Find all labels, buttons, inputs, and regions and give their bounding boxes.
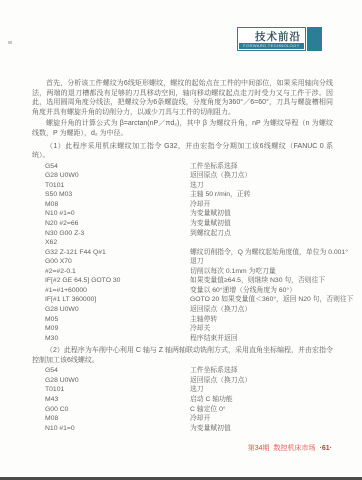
- page-footer: 第34期数控机床市场·61·: [248, 444, 332, 453]
- comment-text: 程序结束并返回: [190, 334, 333, 344]
- code-text: T0101: [45, 181, 190, 191]
- code-text: S50 M03: [45, 190, 190, 200]
- section-tag-box: 技术前沿 FORWARD TECHNOLOGY: [237, 27, 306, 51]
- footer-page-number: ·61·: [320, 445, 332, 452]
- code-row: S50 M03 主轴 50 r/min，正转: [45, 190, 333, 200]
- paragraph-analysis: 首先，分析该工件螺纹为6线矩形螺纹，螺纹的起始点在工件的中间部位，如果采用轴向分…: [32, 79, 333, 117]
- code-text: G00 C0: [45, 405, 190, 415]
- comment-text: 退刀: [190, 257, 333, 267]
- code-text: #2=#2-0.1: [45, 267, 190, 277]
- code-row: M43 启动 C 轴功能: [45, 395, 333, 405]
- code-text: G00 X70: [45, 257, 190, 267]
- section-subtitle: FORWARD TECHNOLOGY: [243, 44, 300, 48]
- listing-1: G54 工件坐标系选择 G28 U0W0 返回原点（换刀点） T0101 选刀 …: [45, 162, 333, 343]
- code-row: T0101 选刀: [45, 181, 333, 191]
- code-row: #1=#1+60000 变量以 60°递增（分线角度为 60°）: [45, 286, 333, 296]
- footer-journal: 数控机床市场: [274, 445, 316, 452]
- comment-text: 切削以每次 0.1mm 为吃刀量: [190, 267, 333, 277]
- code-text: M05: [45, 315, 190, 325]
- scan-speck: [8, 41, 12, 44]
- comment-text: 冷却关: [190, 324, 333, 334]
- code-text: M30: [45, 334, 190, 344]
- code-row: N10 #1=0 为变量赋初值: [45, 209, 333, 219]
- code-row: N30 G00 Z-3 到螺纹起刀点: [45, 229, 333, 239]
- section-subtitle-strip: FORWARD TECHNOLOGY: [239, 43, 304, 49]
- comment-text: 启动 C 轴功能: [190, 395, 333, 405]
- code-text: G54: [45, 162, 190, 172]
- magazine-page: 技术前沿 FORWARD TECHNOLOGY 首先，分析该工件螺纹为6线矩形螺…: [0, 0, 362, 480]
- comment-text: 主轴 50 r/min，正转: [190, 190, 333, 200]
- comment-text: 螺纹切削指令，Q 为螺纹起始角度值，单位为 0.001°: [190, 248, 348, 258]
- comment-text: 冷却开: [190, 414, 333, 424]
- code-row: #2=#2-0.1 切削以每次 0.1mm 为吃刀量: [45, 267, 333, 277]
- code-text: N30 G00 Z-3: [45, 229, 190, 239]
- code-row: G32 Z-121 F44 Q#1 螺纹切削指令，Q 为螺纹起始角度值，单位为 …: [45, 248, 333, 258]
- section-header-tag: 技术前沿 FORWARD TECHNOLOGY: [237, 27, 322, 51]
- code-row: G54 工件坐标系选择: [45, 366, 333, 376]
- code-row: G28 U0W0 返回原点（换刀点）: [45, 305, 333, 315]
- code-text: IF[#2 GE 64.5] GOTO 30: [45, 276, 190, 286]
- code-row: N20 #2=66 为变量赋初值: [45, 219, 333, 229]
- code-row: G00 C0 C 轴定位 0°: [45, 405, 333, 415]
- section-2-intro: （2）此程序为车削中心利用 C 轴与 Z 轴两轴联动铣削方式，采用直角坐标编程，…: [32, 346, 333, 365]
- comment-text: 工件坐标系选择: [190, 162, 333, 172]
- comment-text: 为变量赋初值: [190, 209, 333, 219]
- comment-text: 冷却开: [190, 200, 333, 210]
- code-text: IF[#1 LT 360000]: [45, 295, 190, 305]
- code-text: G54: [45, 366, 190, 376]
- comment-text: C 轴定位 0°: [190, 405, 333, 415]
- code-text: G28 U0W0: [45, 305, 190, 315]
- code-row: X62: [45, 238, 333, 248]
- paragraph-formula: 螺旋升角的计算公式为 β=arctan(nP／πd₂)，其中 β 为螺纹升角，n…: [32, 119, 333, 138]
- code-row: G28 U0W0 返回原点（换刀点）: [45, 171, 333, 181]
- comment-text: 变量以 60°递增（分线角度为 60°）: [190, 286, 333, 296]
- code-text: T0101: [45, 385, 190, 395]
- code-text: #1=#1+60000: [45, 286, 190, 296]
- code-text: M43: [45, 395, 190, 405]
- code-row: M08 冷却开: [45, 414, 333, 424]
- comment-text: 返回原点（换刀点）: [190, 171, 333, 181]
- comment-text: 到螺纹起刀点: [190, 229, 333, 239]
- code-row: G54 工件坐标系选择: [45, 162, 333, 172]
- code-row: M05 主轴停转: [45, 315, 333, 325]
- code-text: M08: [45, 414, 190, 424]
- code-row: M30 程序结束并返回: [45, 334, 333, 344]
- code-row: M09 冷却关: [45, 324, 333, 334]
- code-text: M08: [45, 200, 190, 210]
- comment-text: 返回原点（换刀点）: [190, 305, 333, 315]
- comment-text: 返回原点（换刀点）: [190, 376, 333, 386]
- code-row: IF[#1 LT 360000] GOTO 20 如果变量值＜360°，返回 N…: [45, 295, 333, 305]
- section-1-intro: （1）此程序采用机床螺纹加工指令 G32，并由宏指令分期加工该6线螺纹（FANU…: [32, 142, 333, 161]
- code-text: M09: [45, 324, 190, 334]
- comment-text: 工件坐标系选择: [190, 366, 333, 376]
- comment-text: [190, 238, 333, 248]
- comment-text: GOTO 20 如果变量值＜360°，返回 N20 句，否则往下: [190, 295, 353, 305]
- code-text: N10 #1=0: [45, 209, 190, 219]
- code-text: X62: [45, 238, 190, 248]
- code-text: G28 U0W0: [45, 171, 190, 181]
- comment-text: 如果变量值≥64.5，则继续 N30 句，否则往下: [190, 276, 333, 286]
- code-text: G28 U0W0: [45, 376, 190, 386]
- code-text: G32 Z-121 F44 Q#1: [45, 248, 190, 258]
- listing-2: G54 工件坐标系选择 G28 U0W0 返回原点（换刀点） T0101 选刀 …: [45, 366, 333, 433]
- code-row: G00 X70 退刀: [45, 257, 333, 267]
- code-text: N10 #1=0: [45, 424, 190, 434]
- code-row: N10 #1=0 为变量赋初值: [45, 424, 333, 434]
- code-text: N20 #2=66: [45, 219, 190, 229]
- code-row: IF[#2 GE 64.5] GOTO 30 如果变量值≥64.5，则继续 N3…: [45, 276, 333, 286]
- comment-text: 主轴停转: [190, 315, 333, 325]
- article-body: 首先，分析该工件螺纹为6线矩形螺纹，螺纹的起始点在工件的中间部位，如果采用轴向分…: [32, 79, 333, 433]
- comment-text: 选刀: [190, 385, 333, 395]
- code-row: M08 冷却开: [45, 200, 333, 210]
- comment-text: 为变量赋初值: [190, 219, 333, 229]
- code-row: G28 U0W0 返回原点（换刀点）: [45, 376, 333, 386]
- footer-issue: 第34期: [248, 445, 270, 452]
- section-tag-accent-square: [307, 27, 322, 51]
- section-title: 技术前沿: [255, 29, 301, 44]
- code-row: T0101 选刀: [45, 385, 333, 395]
- comment-text: 为变量赋初值: [190, 424, 333, 434]
- comment-text: 选刀: [190, 181, 333, 191]
